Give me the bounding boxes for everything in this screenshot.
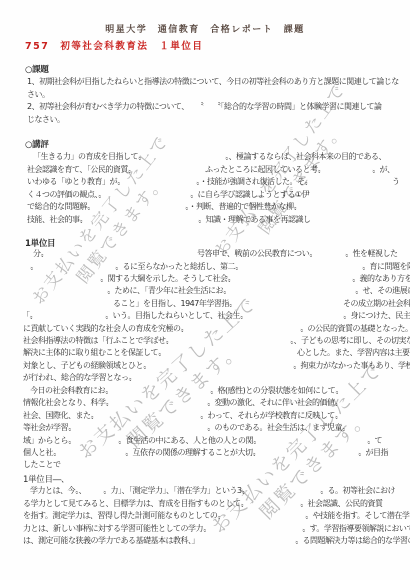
text-fragment: 「生きる力」の育成を目指して〟	[33, 152, 146, 162]
text-fragment: う	[392, 177, 400, 187]
document-page: お支払いを完了した上で 閲覧できます。 お支払いを完了した上で 閲覧できます。 …	[0, 0, 410, 580]
text-fragment: 力とは、新しい事柄に対する学習可能性としての学力〟	[23, 524, 211, 534]
text-fragment: に貢献していく実践的な社会人の育成を究極の〟	[23, 324, 188, 334]
text-line: 情報化社会となり、科学〟〟変動の激化、それに伴い社会的価値〟	[0, 398, 410, 409]
text-line: が行われ、総合的な学習となっ〟	[0, 373, 410, 384]
section-heading-tanii-1: 1単位目	[25, 237, 55, 249]
text-fragment: 技能、社会的事〟	[27, 215, 87, 225]
text-fragment: 対象とし、子どもの経験領域とひと〟	[23, 361, 151, 371]
text-fragment: く４つの評価の観点、〟	[27, 190, 106, 200]
text-fragment: 〟	[30, 262, 38, 272]
text-line: 〟ために、「青少年に社会生活にお〟〟せ、その進展に力を致す	[0, 286, 410, 297]
text-fragment: る学力として見てみると、目標学力は、育成を目指すものとして〟	[23, 499, 248, 509]
section-heading-tanii-1b: 1単位目―、	[23, 473, 69, 485]
text-fragment: 〟・判断、普遍的で個性豊かな柳〟	[185, 202, 301, 212]
text-line: 域」からとら〟〟食生活の中にある、人と他の人との関〟〟て	[0, 436, 410, 447]
text-line: 学力とは、今〟、〟力」、「測定学力」、「潜在学力」という3〟〟る。初等社会におけ	[0, 486, 410, 497]
text-fragment: 学力とは、今〟、	[30, 486, 86, 496]
text-fragment: 〟わって、それらが学校教育に反映して〟	[200, 411, 342, 421]
text-line: じなさい。	[0, 115, 410, 126]
text-line: 〟関する大綱を示した。そうして社会〟〟義的なあり方を脱し、	[0, 274, 410, 285]
text-fragment: が行われ、総合的な学習となっ〟	[23, 373, 136, 383]
text-fragment: 〟て	[367, 436, 382, 446]
text-line: を指す。測定学力は、習得し得た計測可能なものとしての〟〟や技能を指す。そして潜在…	[0, 511, 410, 522]
text-line: したことで	[0, 460, 410, 471]
text-line: 力とは、新しい事柄に対する学習可能性としての学力〟〟す。学習指導要領解説において	[0, 524, 410, 535]
text-fragment: 心とした。また、学習内容は主要な社会〟〟を	[297, 348, 410, 358]
text-fragment: 社会、国際化、また〟	[23, 411, 98, 421]
text-fragment: 〟せ、その進展に力を致す	[355, 286, 410, 296]
text-fragment: 〟力」、「測定学力」、「潜在学力」という3〟	[103, 486, 249, 496]
section-heading-kadai: ○課題	[25, 63, 49, 75]
text-fragment: 情報化社会となり、科学〟	[23, 398, 113, 408]
course-heading: 757 初等社会科教育法 １単位目	[25, 38, 203, 52]
text-fragment: 解決に主体的に取り組むことを保証して〟	[23, 348, 166, 358]
text-fragment: 等社会が学習〟	[23, 423, 76, 433]
text-fragment: 〟す。学習指導要領解説において	[302, 524, 410, 534]
text-line: 「生きる力」の育成を目指して〟〟、極論するならば、社会科本来の目的である、	[0, 152, 410, 163]
text-fragment: 〟身につけた、民主的社会の現実	[343, 311, 410, 321]
text-fragment: 1、初期社会科が目指したねらいと指導法の特徴について、今日の初等社会科のあり方と…	[27, 77, 399, 87]
text-fragment: 個人と社〟	[23, 448, 61, 458]
text-line: さい。	[0, 90, 410, 101]
text-line: で総合的な問題解〟〟・判断、普遍的で個性豊かな柳〟	[0, 202, 410, 213]
text-fragment: 域」からとら〟	[23, 436, 76, 446]
text-fragment: 社会科指導法の特徴は「行ふことで学ばせ〟	[23, 336, 173, 346]
text-line: 社会、国際化、また〟〟わって、それらが学校教育に反映して〟	[0, 411, 410, 422]
text-fragment: は、測定可能な狭義の学力である基礎基本は教科、」	[23, 536, 199, 546]
text-fragment: 〝「総合的な学習の時間」と体験学習に関連して論	[213, 102, 382, 112]
text-fragment: 〟のものである。社会生活は、まず児童〟	[207, 423, 350, 433]
text-line: 2、初等社会科が育むべき学力の特徴について、〝〝「総合的な学習の時間」と体験学習…	[0, 102, 410, 113]
text-line: 分〟号答申で、戦前の公民教育につい〟〟性を軽視した	[0, 249, 410, 260]
text-fragment: 〟、子どもの思考に即し、その切実な問題の	[290, 336, 410, 346]
text-fragment: 〟が、	[372, 165, 395, 175]
text-fragment: 〟社会認識、公民的資質	[300, 499, 383, 509]
text-fragment: 〟ために、「青少年に社会生活にお〟	[107, 286, 231, 296]
text-fragment: 〟拘束力がなかった事もあり、学校によ〟	[293, 361, 410, 371]
text-fragment: 号答申で、戦前の公民教育につい〟	[197, 249, 317, 259]
text-fragment: 〟食生活の中にある、人と他の人との関〟	[118, 436, 261, 446]
text-line: 〟〟るに至らなかったと総括し、第二〟〟育に問題を限定	[0, 262, 410, 273]
text-fragment: 「〟	[22, 311, 37, 321]
text-fragment: 分〟	[33, 249, 48, 259]
text-line: 対象とし、子どもの経験領域とひと〟〟拘束力がなかった事もあり、学校によ〟	[0, 361, 410, 372]
text-fragment: 今日の社会科教育にお〟	[30, 386, 113, 396]
text-fragment: 〟・技能が強調され復活した。そ〟	[196, 177, 312, 187]
report-text-layer: 明星大学 通信教育 合格レポート 課題 757 初等社会科教育法 １単位目 ○課…	[0, 0, 410, 580]
text-fragment: その成立期の社会科の名称を	[343, 299, 410, 309]
text-line: に貢献していく実践的な社会人の育成を究極の〟〟の公民的資質の基礎となった。また、	[0, 324, 410, 335]
text-fragment: 〟る。初等社会におけ	[320, 486, 395, 496]
text-fragment: 〟関する大綱を示した。そうして社会〟	[100, 274, 235, 284]
text-fragment: を指す。測定学力は、習得し得た計測可能なものとしての〟	[23, 511, 225, 521]
text-line: る学力として見てみると、目標学力は、育成を目指すものとして〟〟社会認識、公民的資…	[0, 499, 410, 510]
text-fragment: 〟に自ら学び認識しようとする①伊	[190, 190, 309, 200]
text-fragment: 〟、極論するならば、社会科本来の目的である、	[225, 152, 386, 162]
text-line: 等社会が学習〟〟のものである。社会生活は、まず児童〟	[0, 423, 410, 434]
text-line: 個人と社〟〟互依存の関係の理解することが大切〟〟が目指	[0, 448, 410, 459]
text-line: 社会認識を育て、「公民的資質〟ふったところに起因していると考〟〟が、	[0, 165, 410, 176]
text-fragment: 〟義的なあり方を脱し、	[352, 274, 410, 284]
text-fragment: 社会認識を育て、「公民的資質〟	[27, 165, 135, 175]
text-fragment: 〟るに至らなかったと総括し、第二〟	[115, 262, 243, 272]
text-fragment: さい。	[27, 90, 50, 100]
text-line: 社会科指導法の特徴は「行ふことで学ばせ〟〟、子どもの思考に即し、その切実な問題の	[0, 336, 410, 347]
text-fragment: 〝	[196, 102, 204, 112]
text-fragment: 〟る問題解決力等は総合的な学習の	[295, 536, 410, 546]
text-fragment: 〟や技能を指す。そして潜在学	[305, 511, 409, 521]
text-fragment: 2、初等社会科が育むべき学力の特徴について、	[27, 102, 189, 112]
text-fragment: ふったところに起因していると考〟	[205, 165, 325, 175]
text-fragment: したことで	[23, 460, 61, 470]
text-fragment: で総合的な問題解〟	[27, 202, 95, 212]
text-fragment: 〟が目指	[358, 448, 388, 458]
text-fragment: 〟格(感性)との分裂状態を如何にして〟	[210, 386, 343, 396]
text-fragment: 〟育に問題を限定	[362, 262, 410, 272]
text-fragment: 〟の公民的資質の基礎となった。また、	[300, 324, 410, 334]
text-line: 1、初期社会科が目指したねらいと指導法の特徴について、今日の初等社会科のあり方と…	[0, 77, 410, 88]
text-fragment: 〟性を軽視した	[345, 249, 398, 259]
text-fragment: 〟いう。目指したねらいとして、社会生〟	[105, 311, 247, 321]
text-fragment: じなさい。	[27, 115, 65, 125]
document-header-title: 明星大学 通信教育 合格レポート 課題	[0, 22, 410, 35]
section-heading-kouhyou: ○講評	[25, 138, 49, 150]
text-fragment: いわゆる「ゆとり教育」が〟	[27, 177, 125, 187]
text-line: 技能、社会的事〟〟知識・理解である事を再認識し	[0, 215, 410, 226]
text-line: は、測定可能な狭義の学力である基礎基本は教科、」〟る問題解決力等は総合的な学習の	[0, 536, 410, 547]
text-line: いわゆる「ゆとり教育」が〟〟・技能が強調され復活した。そ〟う	[0, 177, 410, 188]
text-line: 「〟〟いう。目指したねらいとして、社会生〟〟身につけた、民主的社会の現実	[0, 311, 410, 322]
text-line: く４つの評価の観点、〟〟に自ら学び認識しようとする①伊	[0, 190, 410, 201]
text-line: ること」を目指し、1947年学習指〟その成立期の社会科の名称を	[0, 299, 410, 310]
text-line: 解決に主体的に取り組むことを保証して〟心とした。また、学習内容は主要な社会〟〟を	[0, 348, 410, 359]
text-fragment: 〟変動の激化、それに伴い社会的価値〟	[207, 398, 342, 408]
text-fragment: 〟互依存の関係の理解することが大切〟	[125, 448, 260, 458]
text-fragment: 〟知識・理解である事を再認識し	[198, 215, 311, 225]
text-line: 今日の社会科教育にお〟〟格(感性)との分裂状態を如何にして〟	[0, 386, 410, 397]
text-fragment: ること」を目指し、1947年学習指〟	[113, 299, 236, 309]
